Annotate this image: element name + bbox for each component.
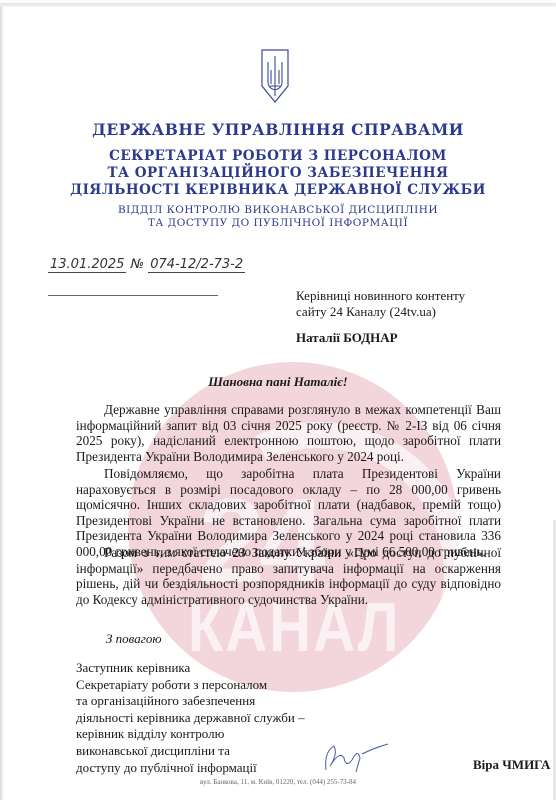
reference-blank-line bbox=[48, 295, 218, 296]
closing: З повагою bbox=[106, 631, 161, 647]
department-title: ВІДДІЛ КОНТРОЛЮ ВИКОНАВСЬКОЇ ДИСЦИПЛІНИ … bbox=[0, 204, 556, 230]
paragraph: Державне управління справами розглянуло … bbox=[76, 402, 501, 464]
addressee-name: Наталії БОДНАР bbox=[296, 330, 398, 346]
salutation: Шановна пані Наталіє! bbox=[0, 374, 556, 390]
signatory-title: Заступник керівника Секретаріату роботи … bbox=[76, 660, 305, 776]
letter-document: ДЕРЖАВНЕ УПРАВЛІННЯ СПРАВАМИ СЕКРЕТАРІАТ… bbox=[0, 0, 556, 800]
title-line: Заступник керівника bbox=[76, 660, 305, 677]
title-line: та організаційного забезпечення bbox=[76, 693, 305, 710]
addressee-line: сайту 24 Каналу (24tv.ua) bbox=[296, 304, 465, 320]
handwritten-signature bbox=[322, 740, 392, 774]
footer-address: вул. Банкова, 11, м. Київ, 01220, тел. (… bbox=[200, 778, 356, 786]
organization-title: ДЕРЖАВНЕ УПРАВЛІННЯ СПРАВАМИ bbox=[0, 120, 556, 139]
department-line: ВІДДІЛ КОНТРОЛЮ ВИКОНАВСЬКОЇ ДИСЦИПЛІНИ bbox=[0, 204, 556, 217]
registration-date: 13.01.2025 bbox=[48, 257, 126, 273]
secretariat-line: ТА ОРГАНІЗАЦІЙНОГО ЗАБЕЗПЕЧЕННЯ bbox=[0, 165, 556, 182]
title-line: виконавської дисципліни та bbox=[76, 743, 305, 760]
title-line: доступу до публічної інформації bbox=[76, 760, 305, 777]
addressee-line: Керівниці новинного контенту bbox=[296, 288, 465, 304]
registration-number: 074-12/2-73-2 bbox=[148, 257, 245, 273]
addressee-block: Керівниці новинного контенту сайту 24 Ка… bbox=[296, 288, 465, 320]
title-line: Секретаріату роботи з персоналом bbox=[76, 677, 305, 694]
number-sign: № bbox=[131, 257, 145, 272]
paragraph-text: Державне управління справами розглянуло … bbox=[76, 402, 501, 464]
paragraph-text: Разом з тим статтею 23 Закону України «П… bbox=[76, 545, 501, 607]
secretariat-title: СЕКРЕТАРІАТ РОБОТИ З ПЕРСОНАЛОМ ТА ОРГАН… bbox=[0, 148, 556, 199]
department-line: ТА ДОСТУПУ ДО ПУБЛІЧНОЇ ІНФОРМАЦІЇ bbox=[0, 217, 556, 230]
secretariat-line: СЕКРЕТАРІАТ РОБОТИ З ПЕРСОНАЛОМ bbox=[0, 148, 556, 165]
title-line: діяльності керівника державної служби – bbox=[76, 710, 305, 727]
title-line: керівник відділу контролю bbox=[76, 726, 305, 743]
coat-of-arms-icon bbox=[260, 48, 290, 104]
paragraph: Разом з тим статтею 23 Закону України «П… bbox=[76, 545, 501, 607]
registration-line: 13.01.2025 № 074-12/2-73-2 bbox=[48, 257, 245, 272]
signatory-name: Віра ЧМИГА bbox=[473, 757, 550, 773]
secretariat-line: ДІЯЛЬНОСТІ КЕРІВНИКА ДЕРЖАВНОЇ СЛУЖБИ bbox=[0, 182, 556, 199]
